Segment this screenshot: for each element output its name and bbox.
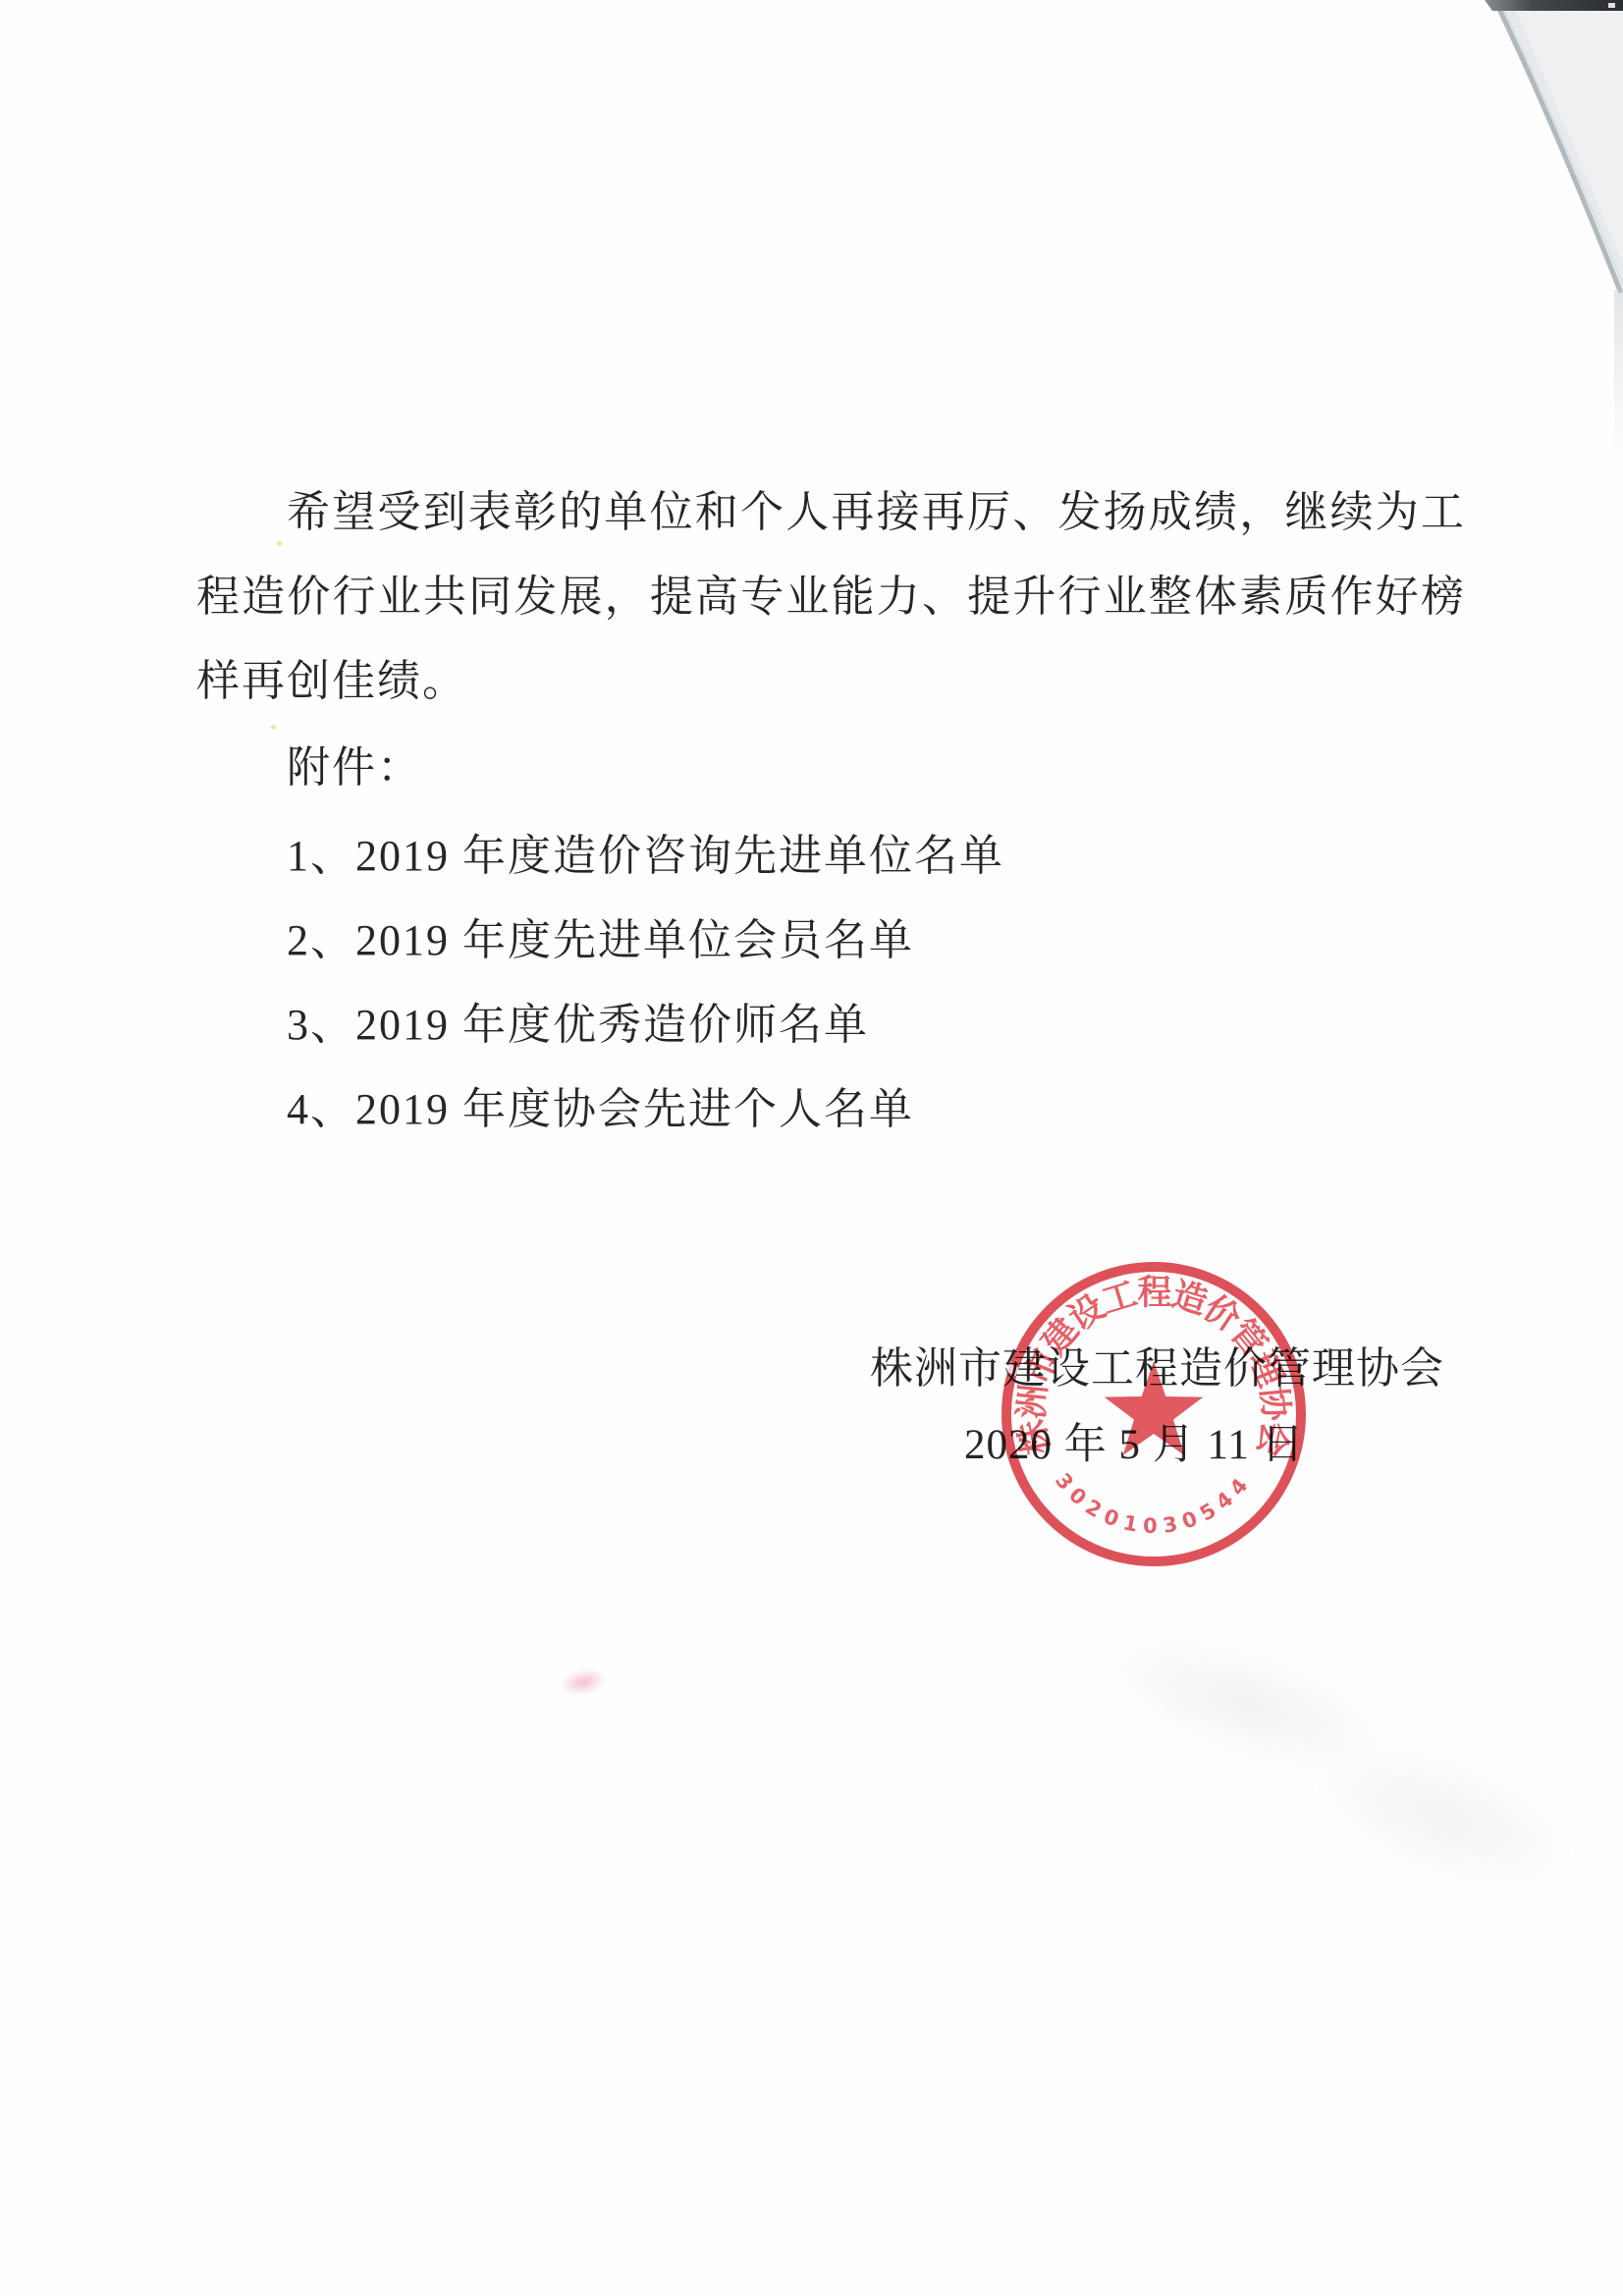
body-paragraph: 希望受到表彰的单位和个人再接再厉、发扬成绩，继续为工程造价行业共同发展，提高专业…: [196, 470, 1466, 724]
dust-speck: [277, 541, 282, 546]
attachment-item: 3、2019 年度优秀造价师名单: [287, 983, 1004, 1067]
corner-fold-artifact: [1473, 0, 1623, 306]
dust-speck: [271, 725, 276, 730]
ink-smudge: [558, 1665, 609, 1699]
seal-star-icon: [1105, 1361, 1204, 1455]
attachment-item: 4、2019 年度协会先进个人名单: [287, 1067, 1004, 1152]
page-edge-shadow: [1614, 290, 1623, 457]
attachments-label: 附件：: [196, 726, 422, 810]
attachment-item: 2、2019 年度先进单位会员名单: [287, 899, 1004, 983]
attachment-item: 1、2019 年度造价咨询先进单位名单: [287, 814, 1004, 899]
attachments-list: 1、2019 年度造价咨询先进单位名单 2、2019 年度先进单位会员名单 3、…: [287, 814, 1004, 1152]
ghost-smudge: [1294, 1715, 1593, 1920]
scanned-document-page: 希望受到表彰的单位和个人再接再厉、发扬成绩，继续为工程造价行业共同发展，提高专业…: [0, 0, 1623, 2296]
official-seal: 株洲市建设工程造价管理协会 4302010305446: [987, 1249, 1321, 1583]
